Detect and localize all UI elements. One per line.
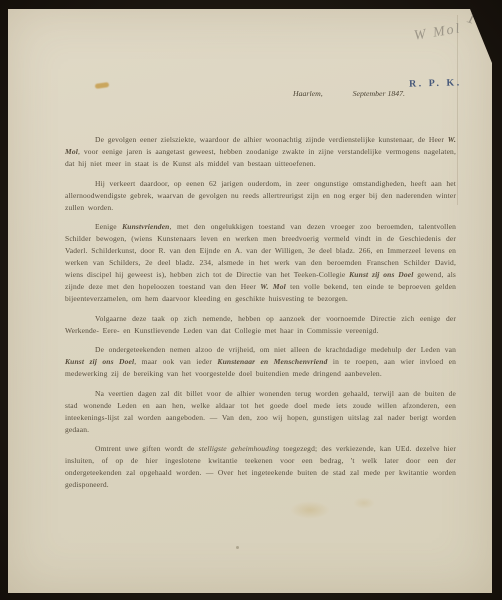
pencil-annotation-number: 1: [465, 9, 478, 29]
paragraph: De gevolgen eener zielsziekte, waardoor …: [65, 134, 456, 170]
text-segment: Kunst zij ons Doel: [349, 270, 413, 279]
paragraph: Volgaarne deze taak op zich nemende, heb…: [65, 313, 456, 337]
letter-paper: W Mol 1 R. P. K. Haarlem, September 1847…: [8, 9, 492, 593]
paragraph: Hij verkeert daardoor, op eenen 62 jarig…: [65, 178, 456, 214]
paragraph: Na veertien dagen zal dit billet voor de…: [65, 388, 456, 436]
dateline-date: September 1847.: [353, 89, 405, 98]
paragraph: Eenige Kunstvrienden, met den ongelukkig…: [65, 221, 456, 305]
orange-stain: [95, 82, 110, 89]
text-segment: , maar ook van ieder: [134, 357, 217, 366]
paper-stain: [290, 501, 330, 519]
dateline: Haarlem, September 1847.: [293, 89, 405, 98]
letter-body: De gevolgen eener zielsziekte, waardoor …: [65, 134, 456, 499]
text-segment: Omtrent uwe giften wordt de: [95, 444, 199, 453]
paper-stain: [353, 497, 375, 509]
text-segment: stelligste geheimhouding: [199, 444, 279, 453]
text-segment: Eenige: [95, 222, 122, 231]
text-segment: Hij verkeert daardoor, op eenen 62 jarig…: [65, 179, 456, 212]
paper-speck: [236, 546, 239, 549]
text-segment: Kunstvrienden: [122, 222, 169, 231]
text-segment: W. Mol: [260, 282, 286, 291]
paper-crease: [457, 15, 458, 205]
text-segment: De gevolgen eener zielsziekte, waardoor …: [95, 135, 448, 144]
pencil-annotation-name: W Mol: [413, 21, 463, 44]
paragraph: Omtrent uwe giften wordt de stelligste g…: [65, 443, 456, 491]
collection-stamp: R. P. K.: [409, 77, 462, 89]
dateline-place: Haarlem,: [293, 89, 323, 98]
text-segment: Na veertien dagen zal dit billet voor de…: [65, 389, 456, 434]
text-segment: Kunstenaar en Menschenvriend: [217, 357, 327, 366]
paragraph: De ondergeteekenden nemen alzoo de vrijh…: [65, 344, 456, 380]
text-segment: Kunst zij ons Doel: [65, 357, 134, 366]
text-segment: , voor eenige jaren is aangetast geweest…: [65, 147, 456, 168]
text-segment: De ondergeteekenden nemen alzoo de vrijh…: [95, 345, 456, 354]
text-segment: Volgaarne deze taak op zich nemende, heb…: [65, 314, 456, 335]
scan-background: W Mol 1 R. P. K. Haarlem, September 1847…: [0, 0, 502, 600]
